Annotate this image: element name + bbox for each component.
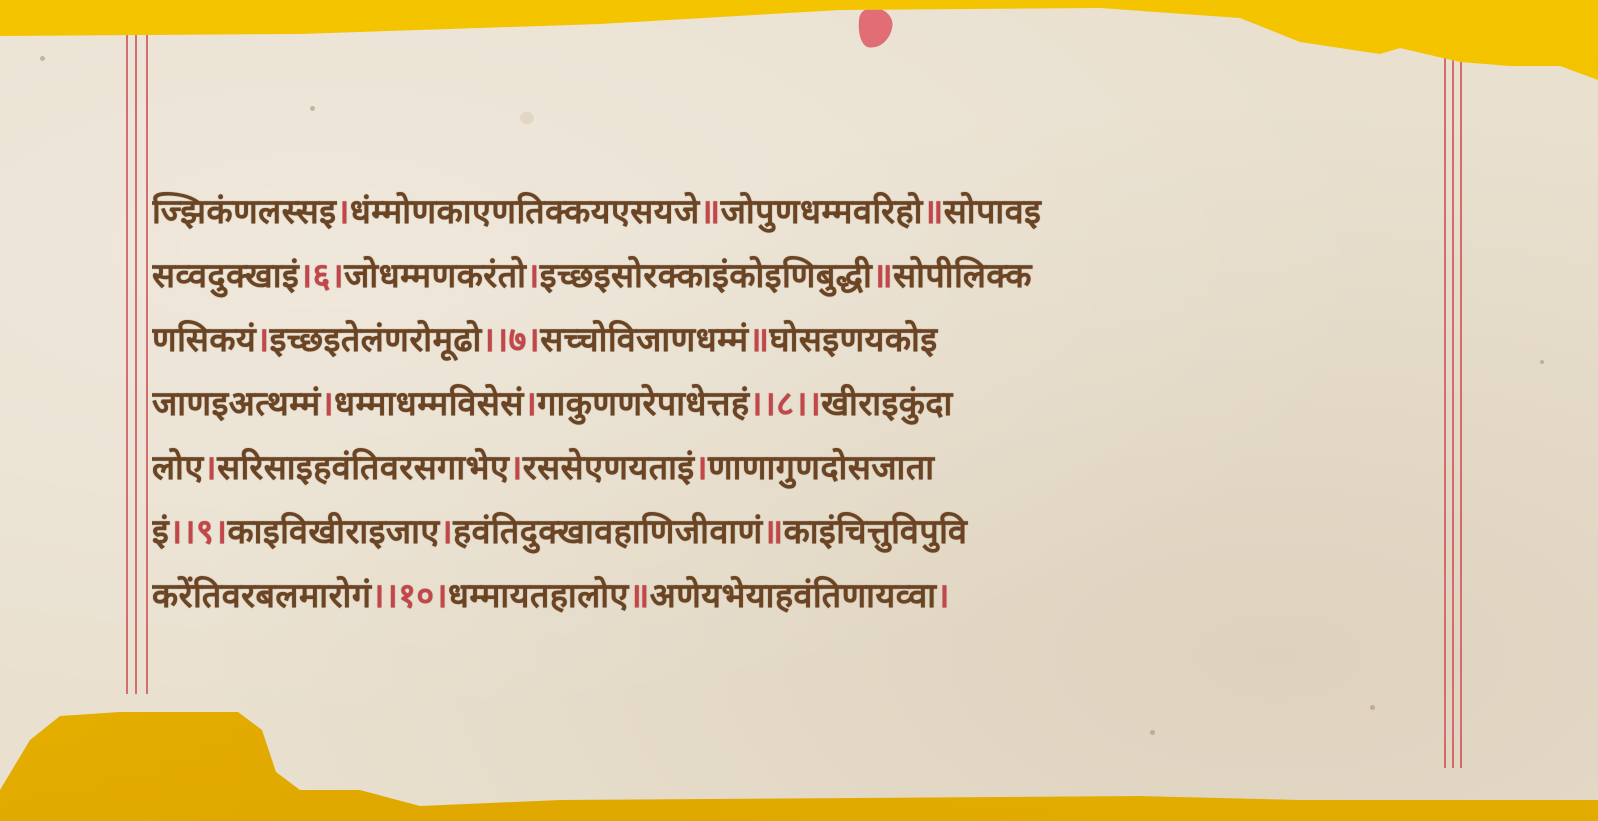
text-line-1: ज्झिकंणलस्सइ।धंम्मोणकाएणतिक्कयएसयजे॥जोपु…: [152, 180, 1427, 244]
text-segment: धम्मायतहालोए: [448, 576, 629, 616]
text-segment: जोपुणधम्मवरिहो: [721, 192, 923, 232]
text-segment: खीराइकुंदा: [821, 384, 953, 424]
text-line-4: जाणइअत्थम्मं।धम्माधम्मविसेसं।गाकुणणरेपाध…: [152, 372, 1427, 436]
text-segment: णाणागुणदोसजाता: [708, 448, 935, 488]
danda-mark: ।: [204, 448, 217, 488]
text-segment: अणेयभेयाहवंतिणायव्वा: [650, 576, 937, 616]
danda-mark: ॥: [923, 192, 944, 232]
paper-speck: [1370, 705, 1375, 710]
text-segment: हवंतिदुक्खावहाणिजीवाणं: [453, 512, 763, 552]
verse-number: ।६।: [299, 256, 344, 296]
text-segment: गाकुणणरेपाधेत्तहं: [537, 384, 749, 424]
danda-mark: ।: [440, 512, 453, 552]
text-segment: सव्वदुक्खाइं: [152, 256, 299, 296]
paper-speck: [1150, 730, 1155, 735]
text-line-7: करेंतिवरबलमारोगं।।१०।धम्मायतहालोए॥अणेयभे…: [152, 564, 1427, 628]
right-margin-rule-3: [1460, 56, 1462, 768]
danda-mark: ॥: [872, 256, 893, 296]
verse-number: ।।९।: [169, 512, 227, 552]
danda-mark: ॥: [629, 576, 650, 616]
right-margin-rule-1: [1444, 56, 1446, 768]
danda-mark: ॥: [763, 512, 784, 552]
text-segment: सच्चोविजाणधम्मं: [540, 320, 748, 360]
text-segment: इच्छइतेलंणरोमूढो: [270, 320, 482, 360]
text-line-3: णसिकयं।इच्छइतेलंणरोमूढो।।७।सच्चोविजाणधम्…: [152, 308, 1427, 372]
text-segment: इच्छइसोरक्काइंकोइणिबुद्धी: [540, 256, 872, 296]
verse-number: ।।८।।: [750, 384, 822, 424]
danda-mark: ।: [937, 576, 950, 616]
verse-number: ।।१०।: [371, 576, 448, 616]
text-segment: इं: [152, 512, 169, 552]
danda-mark: ।: [336, 192, 349, 232]
manuscript-leaf: ज्झिकंणलस्सइ।धंम्मोणकाएणतिक्कयएसयजे॥जोपु…: [0, 0, 1598, 821]
text-segment: करेंतिवरबलमारोगं: [152, 576, 371, 616]
danda-mark: ।: [509, 448, 522, 488]
text-segment: घोसइणयकोइ: [770, 320, 938, 360]
text-line-2: सव्वदुक्खाइं।६।जोधम्मणकरंतो।इच्छइसोरक्का…: [152, 244, 1427, 308]
text-line-6: इं।।९।काइविखीराइजाए।हवंतिदुक्खावहाणिजीवा…: [152, 500, 1427, 564]
red-pigment-mark: [855, 6, 894, 50]
paper-speck: [1540, 360, 1544, 364]
manuscript-text-block: ज्झिकंणलस्सइ।धंम्मोणकाएणतिक्कयएसयजे॥जोपु…: [152, 180, 1427, 628]
danda-mark: ।: [526, 256, 539, 296]
text-line-5: लोए।सरिसाइहवंतिवरसगाभेए।रससेएणयताइं।णाणा…: [152, 436, 1427, 500]
text-segment: सोपीलिक्क: [893, 256, 1032, 296]
danda-mark: ।: [695, 448, 708, 488]
danda-mark: ।: [256, 320, 269, 360]
danda-mark: ।: [524, 384, 537, 424]
text-segment: ज्झिकंणलस्सइ: [152, 192, 336, 232]
left-margin-rule-2: [135, 34, 137, 694]
text-segment: धम्माधम्मविसेसं: [334, 384, 524, 424]
right-margin-rule-2: [1452, 56, 1454, 768]
paper-speck: [520, 112, 534, 124]
danda-mark: ।: [321, 384, 334, 424]
verse-number: ।।७।: [482, 320, 540, 360]
text-segment: सोपावइ: [944, 192, 1042, 232]
text-segment: काइविखीराइजाए: [228, 512, 440, 552]
text-segment: धंम्मोणकाएणतिक्कयएसयजे: [350, 192, 700, 232]
text-segment: लोए: [152, 448, 204, 488]
text-segment: जाणइअत्थम्मं: [152, 384, 321, 424]
text-segment: जोधम्मणकरंतो: [344, 256, 526, 296]
danda-mark: ॥: [700, 192, 721, 232]
text-segment: णसिकयं: [152, 320, 256, 360]
left-margin-rule-3: [146, 34, 148, 694]
text-segment: रससेएणयताइं: [523, 448, 695, 488]
text-segment: काइंचित्तुविपुवि: [784, 512, 968, 552]
danda-mark: ॥: [749, 320, 770, 360]
paper-speck: [40, 56, 45, 61]
left-margin-rule-1: [126, 34, 128, 694]
text-segment: सरिसाइहवंतिवरसगाभेए: [217, 448, 509, 488]
paper-speck: [310, 106, 315, 111]
